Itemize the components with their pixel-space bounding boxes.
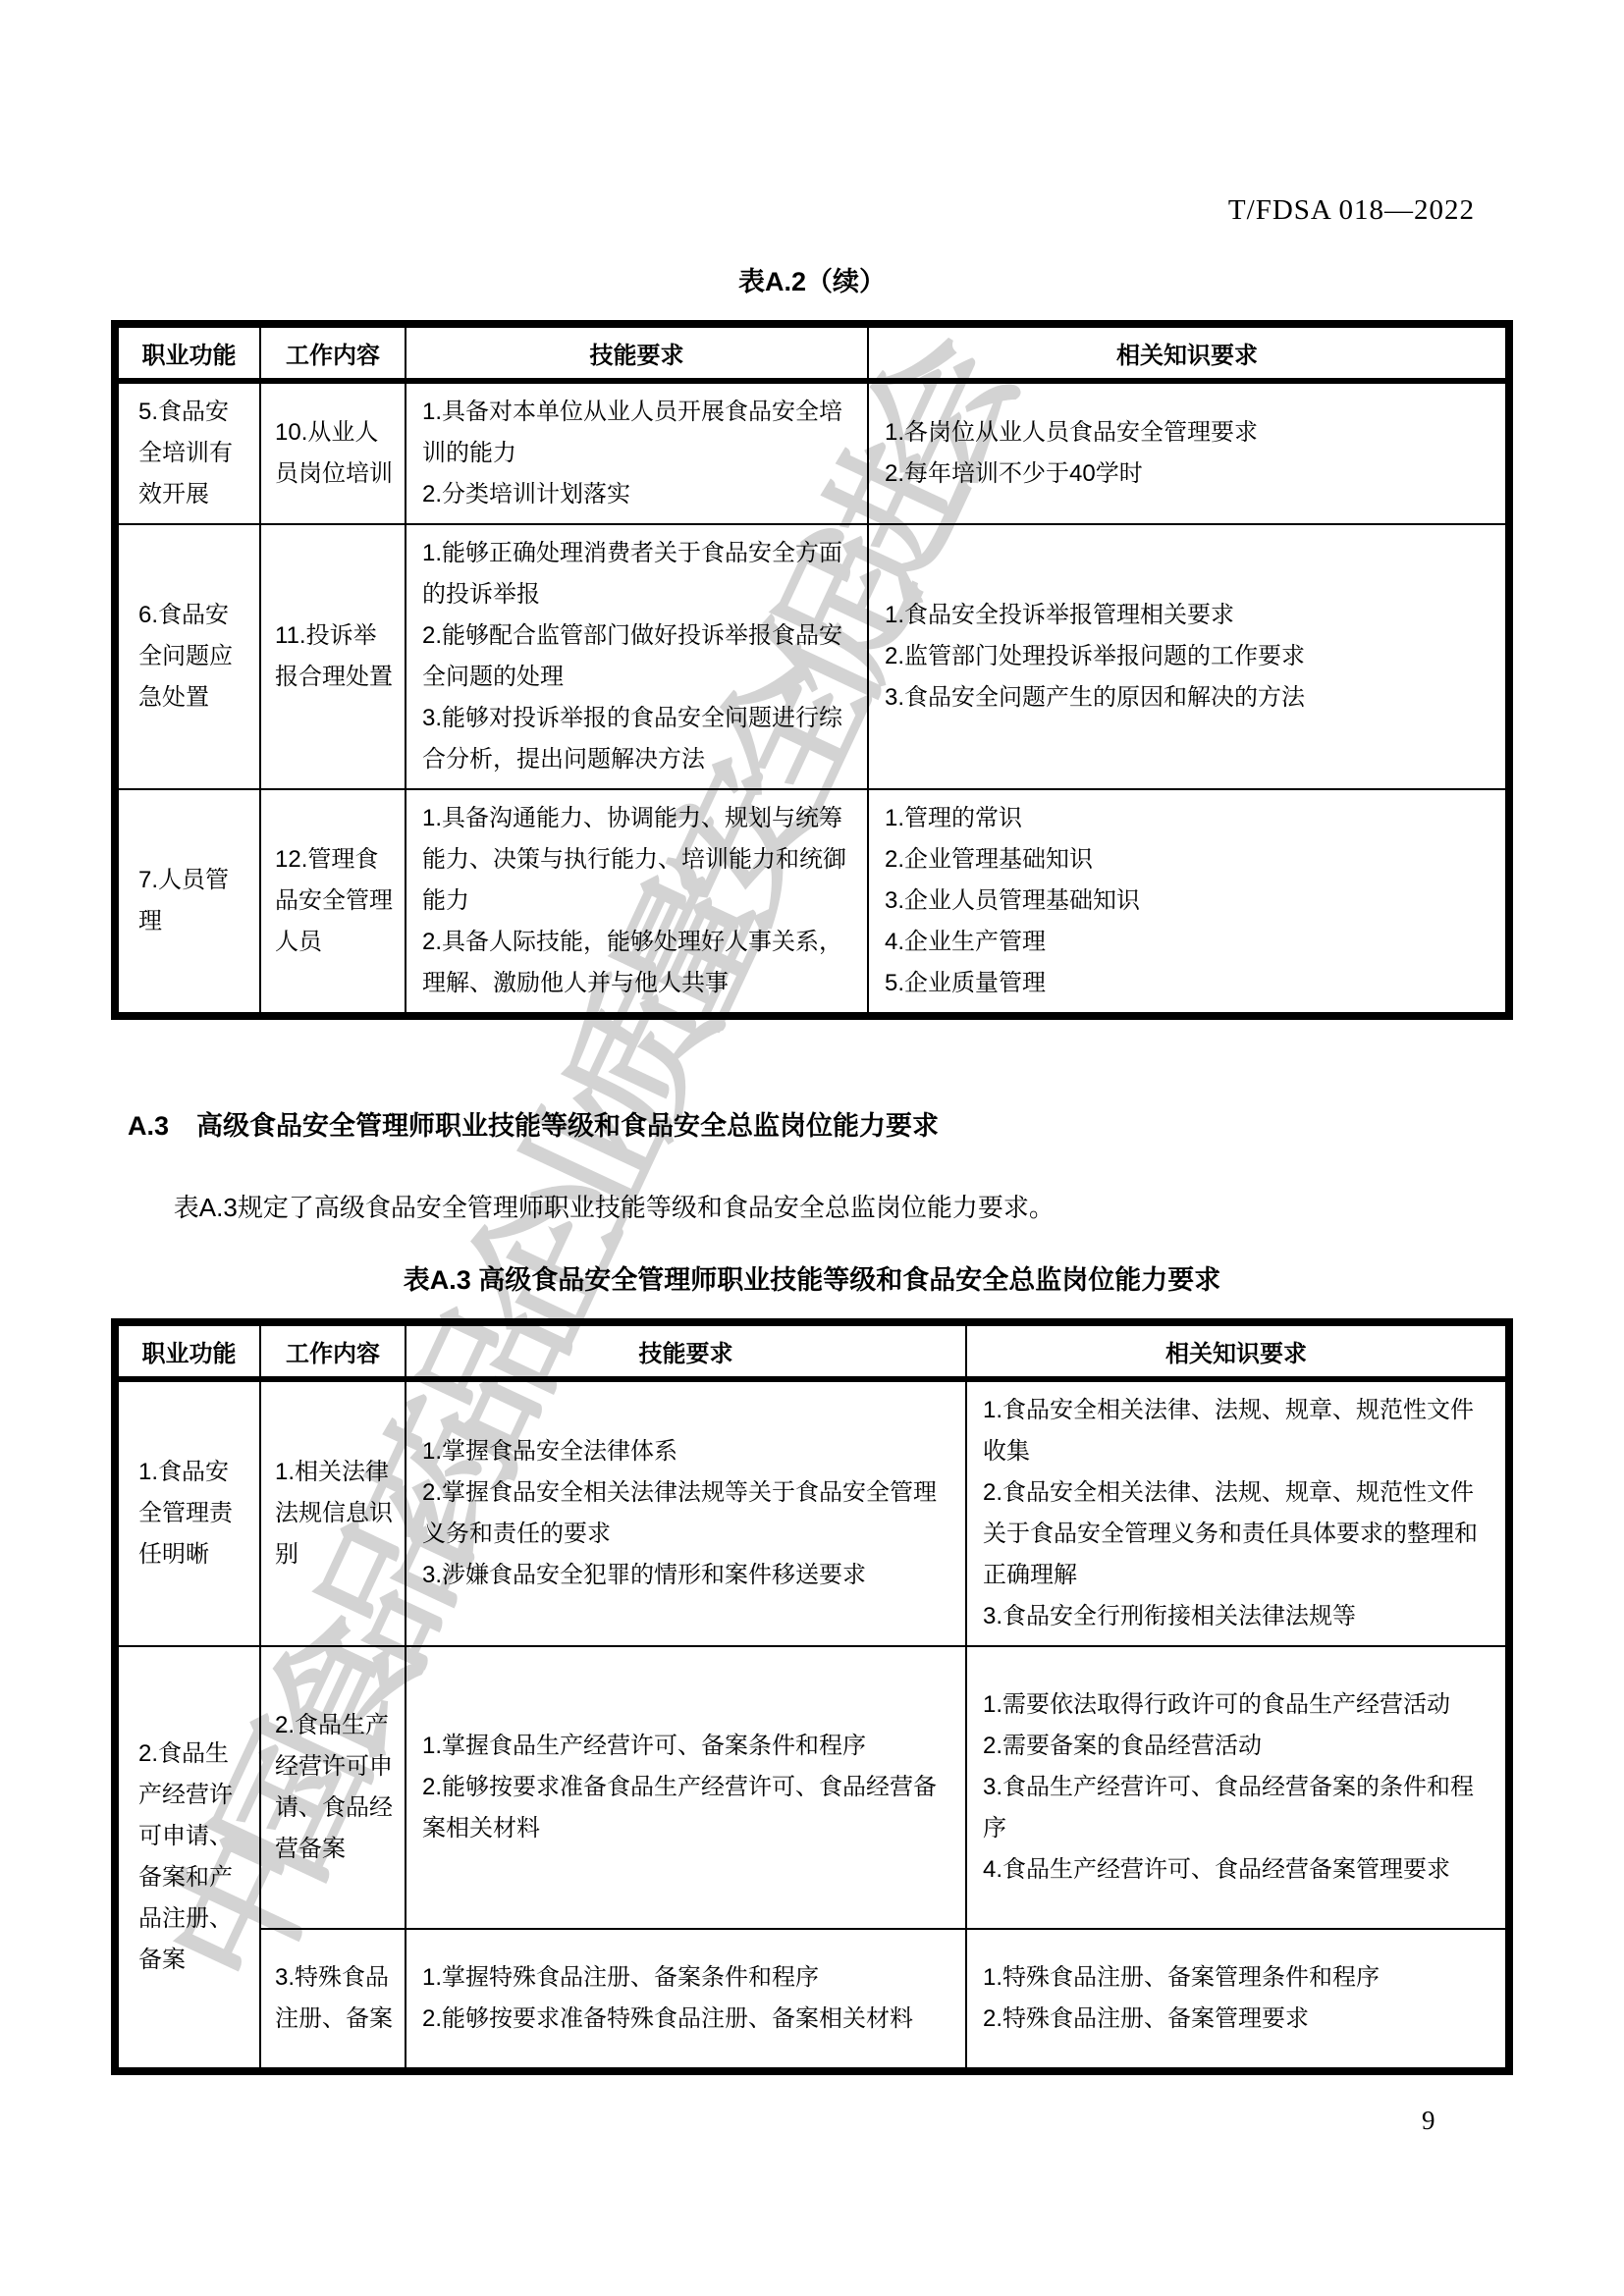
column-header-work: 工作内容	[260, 1322, 406, 1379]
cell-item: 3.食品安全问题产生的原因和解决的方法	[885, 677, 1491, 719]
document-page: 中国食品药品企业质量安全促进会 T/FDSA 018—2022 表A.2（续） …	[0, 0, 1624, 2296]
cell-item: 1.需要依法取得行政许可的食品生产经营活动	[983, 1684, 1491, 1726]
cell-work: 11.投诉举报合理处置	[260, 524, 406, 789]
cell-item: 2.监管部门处理投诉举报问题的工作要求	[885, 636, 1491, 677]
section-a3-paragraph: 表A.3规定了高级食品安全管理师职业技能等级和食品安全总监岗位能力要求。	[115, 1188, 1509, 1227]
cell-item: 2.具备人际技能，能够处理好人事关系，理解、激励他人并与他人共事	[422, 922, 853, 1004]
cell-function-merged: 2.食品生产经营许可申请、备案和产品注册、备案	[115, 1646, 260, 2071]
cell-item: 1.掌握食品生产经营许可、备案条件和程序	[422, 1726, 951, 1767]
cell-item: 1.能够正确处理消费者关于食品安全方面的投诉举报	[422, 533, 853, 615]
table-row: 1.食品安全管理责任明晰 1.相关法律法规信息识别 1.掌握食品安全法律体系2.…	[115, 1379, 1509, 1646]
cell-item: 1.管理的常识	[885, 798, 1491, 839]
table-a3: 职业功能 工作内容 技能要求 相关知识要求 1.食品安全管理责任明晰 1.相关法…	[111, 1318, 1513, 2075]
column-header-knowledge: 相关知识要求	[966, 1322, 1509, 1379]
cell-skills: 1.能够正确处理消费者关于食品安全方面的投诉举报2.能够配合监管部门做好投诉举报…	[406, 524, 868, 789]
cell-skills: 1.具备沟通能力、协调能力、规划与统筹能力、决策与执行能力、培训能力和统御能力2…	[406, 789, 868, 1016]
cell-item: 1.食品安全相关法律、法规、规章、规范性文件收集	[983, 1390, 1491, 1472]
cell-item: 3.涉嫌食品安全犯罪的情形和案件移送要求	[422, 1555, 951, 1596]
cell-item: 3.能够对投诉举报的食品安全问题进行综合分析，提出问题解决方法	[422, 698, 853, 780]
section-a3-title: 高级食品安全管理师职业技能等级和食品安全总监岗位能力要求	[196, 1111, 939, 1141]
page-number: 9	[1422, 2106, 1435, 2136]
cell-item: 3.食品安全行刑衔接相关法律法规等	[983, 1596, 1491, 1637]
cell-item: 1.具备对本单位从业人员开展食品安全培训的能力	[422, 392, 853, 474]
table-row: 7.人员管理 12.管理食品安全管理人员 1.具备沟通能力、协调能力、规划与统筹…	[115, 789, 1509, 1016]
cell-function: 5.食品安全培训有效开展	[115, 381, 260, 524]
table-a2: 职业功能 工作内容 技能要求 相关知识要求 5.食品安全培训有效开展 10.从业…	[111, 320, 1513, 1020]
cell-item: 2.特殊食品注册、备案管理要求	[983, 1999, 1491, 2040]
column-header-knowledge: 相关知识要求	[868, 324, 1509, 381]
cell-knowledge: 1.食品安全相关法律、法规、规章、规范性文件收集2.食品安全相关法律、法规、规章…	[966, 1379, 1509, 1646]
cell-item: 1.具备沟通能力、协调能力、规划与统筹能力、决策与执行能力、培训能力和统御能力	[422, 798, 853, 922]
page-content: T/FDSA 018—2022 表A.2（续） 职业功能 工作内容 技能要求 相…	[0, 0, 1624, 2075]
table-row: 2.食品生产经营许可申请、备案和产品注册、备案 2.食品生产经营许可申请、食品经…	[115, 1646, 1509, 1929]
cell-item: 4.食品生产经营许可、食品经营备案管理要求	[983, 1849, 1491, 1891]
cell-item: 2.企业管理基础知识	[885, 839, 1491, 881]
table-row: 6.食品安全问题应急处置 11.投诉举报合理处置 1.能够正确处理消费者关于食品…	[115, 524, 1509, 789]
cell-item: 1.食品安全投诉举报管理相关要求	[885, 595, 1491, 636]
cell-item: 1.特殊食品注册、备案管理条件和程序	[983, 1957, 1491, 1999]
cell-item: 3.食品生产经营许可、食品经营备案的条件和程序	[983, 1767, 1491, 1849]
cell-knowledge: 1.特殊食品注册、备案管理条件和程序2.特殊食品注册、备案管理要求	[966, 1929, 1509, 2071]
cell-item: 2.掌握食品安全相关法律法规等关于食品安全管理义务和责任的要求	[422, 1472, 951, 1555]
table-a2-caption: 表A.2（续）	[0, 260, 1624, 298]
doc-code-header: T/FDSA 018—2022	[0, 0, 1624, 227]
cell-item: 2.能够按要求准备食品生产经营许可、食品经营备案相关材料	[422, 1767, 951, 1849]
cell-item: 1.各岗位从业人员食品安全管理要求	[885, 412, 1491, 454]
cell-work: 1.相关法律法规信息识别	[260, 1379, 406, 1646]
cell-item: 2.食品安全相关法律、法规、规章、规范性文件关于食品安全管理义务和责任具体要求的…	[983, 1472, 1491, 1596]
cell-skills: 1.掌握食品生产经营许可、备案条件和程序2.能够按要求准备食品生产经营许可、食品…	[406, 1646, 966, 1929]
cell-function: 7.人员管理	[115, 789, 260, 1016]
table-a3-header-row: 职业功能 工作内容 技能要求 相关知识要求	[115, 1322, 1509, 1379]
cell-item: 2.能够按要求准备特殊食品注册、备案相关材料	[422, 1999, 951, 2040]
cell-function: 1.食品安全管理责任明晰	[115, 1379, 260, 1646]
column-header-function: 职业功能	[115, 324, 260, 381]
cell-work: 10.从业人员岗位培训	[260, 381, 406, 524]
table-a2-header-row: 职业功能 工作内容 技能要求 相关知识要求	[115, 324, 1509, 381]
cell-item: 2.分类培训计划落实	[422, 474, 853, 515]
cell-item: 2.能够配合监管部门做好投诉举报食品安全问题的处理	[422, 615, 853, 698]
cell-item: 2.每年培训不少于40学时	[885, 454, 1491, 495]
cell-item: 1.掌握食品安全法律体系	[422, 1431, 951, 1472]
table-row: 5.食品安全培训有效开展 10.从业人员岗位培训 1.具备对本单位从业人员开展食…	[115, 381, 1509, 524]
cell-item: 1.掌握特殊食品注册、备案条件和程序	[422, 1957, 951, 1999]
cell-skills: 1.掌握食品安全法律体系2.掌握食品安全相关法律法规等关于食品安全管理义务和责任…	[406, 1379, 966, 1646]
column-header-function: 职业功能	[115, 1322, 260, 1379]
cell-item: 2.需要备案的食品经营活动	[983, 1726, 1491, 1767]
cell-knowledge: 1.需要依法取得行政许可的食品生产经营活动2.需要备案的食品经营活动3.食品生产…	[966, 1646, 1509, 1929]
table-a3-caption: 表A.3 高级食品安全管理师职业技能等级和食品安全总监岗位能力要求	[0, 1258, 1624, 1297]
cell-work: 2.食品生产经营许可申请、食品经营备案	[260, 1646, 406, 1929]
cell-item: 4.企业生产管理	[885, 922, 1491, 963]
cell-item: 5.企业质量管理	[885, 963, 1491, 1004]
cell-knowledge: 1.管理的常识2.企业管理基础知识3.企业人员管理基础知识4.企业生产管理5.企…	[868, 789, 1509, 1016]
section-a3-number: A.3	[128, 1111, 169, 1141]
cell-work: 12.管理食品安全管理人员	[260, 789, 406, 1016]
cell-function: 6.食品安全问题应急处置	[115, 524, 260, 789]
column-header-skills: 技能要求	[406, 324, 868, 381]
column-header-skills: 技能要求	[406, 1322, 966, 1379]
cell-work: 3.特殊食品注册、备案	[260, 1929, 406, 2071]
cell-skills: 1.掌握特殊食品注册、备案条件和程序2.能够按要求准备特殊食品注册、备案相关材料	[406, 1929, 966, 2071]
cell-knowledge: 1.各岗位从业人员食品安全管理要求2.每年培训不少于40学时	[868, 381, 1509, 524]
cell-knowledge: 1.食品安全投诉举报管理相关要求2.监管部门处理投诉举报问题的工作要求3.食品安…	[868, 524, 1509, 789]
table-row: 3.特殊食品注册、备案 1.掌握特殊食品注册、备案条件和程序2.能够按要求准备特…	[115, 1929, 1509, 2071]
section-a3-heading: A.3高级食品安全管理师职业技能等级和食品安全总监岗位能力要求	[128, 1104, 1624, 1143]
cell-item: 3.企业人员管理基础知识	[885, 881, 1491, 922]
column-header-work: 工作内容	[260, 324, 406, 381]
cell-skills: 1.具备对本单位从业人员开展食品安全培训的能力2.分类培训计划落实	[406, 381, 868, 524]
